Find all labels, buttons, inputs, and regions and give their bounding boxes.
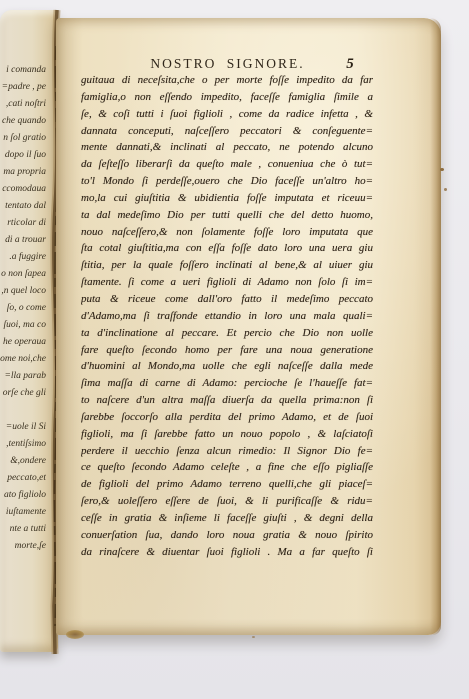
book-photo: i comandapadre , pe=cati noſtri,che quan… [0,0,469,699]
text-line: ſero,& uoleſſero eſſere de ſuoi, & li pu… [81,493,373,510]
text-line: ta d'inclinatione al peccare. Et percio … [81,325,373,342]
speck [440,168,444,171]
text-line: fare queſto ſecondo homo per fare una no… [81,342,373,359]
text-line: ſtamente. ſi come a ueri figlioli di Ada… [81,274,373,291]
text-line: d'Adamo,ma ſi traſfonde ettandio in loro… [81,308,373,325]
running-header: NOSTRO SIGNORE. [82,56,373,72]
speck [444,188,447,191]
text-line: ſe, & coſi tutti i ſuoi figlioli , come … [81,106,373,123]
text-line: figlioli, ma ſi ſarebbe fatto un nouo po… [81,426,373,443]
text-line: to'l Mondo ſi perdeſſe,ouero che Dio fac… [81,173,373,190]
stain [66,630,84,639]
text-line: de figlioli del primo Adamo terreno quel… [81,476,373,493]
speck [252,636,255,638]
text-line: mente dannati,& inclinati al peccato, ne… [81,139,373,156]
text-line: nouo naſceſſero,& non ſolamente foſſe lo… [81,224,373,241]
text-line: ta dal medeſimo Dio per tutti quelli che… [81,207,373,224]
text-line: ſta cotal giuſtitia,ma con eſſa foſſe da… [81,240,373,257]
text-line: puta & riceue come dall'oro fatto il med… [81,291,373,308]
text-line: da rinaſcere & diuentar ſuoi figlioli . … [81,544,373,561]
text-line: famiglia,o non eſſendo impedito, faceſſe… [81,89,373,106]
text-line: to naſcere d'un altra maſſa diuerſa da q… [81,392,373,409]
text-line: ceſſe in gratia & inſieme li faceſſe giu… [81,510,373,527]
text-line: ſima maſſa di carne di Adamo: percioche … [81,375,373,392]
page-fore-edge [430,18,441,635]
text-line: dannata conceputi, naſceſſero peccatori … [81,123,373,140]
text-line: ſarebbe ſoccorſo alla perdita del primo … [81,409,373,426]
text-block: guitaua di neceſsita,che o per morte foſ… [81,72,373,560]
text-line: d'huomini al Mondo,ma uolle che egli naſ… [81,358,373,375]
book-page: NOSTRO SIGNORE. 5 guitaua di neceſsita,c… [56,18,441,635]
text-line: da ſeſteſſo liberarſi da queſto male , c… [81,156,373,173]
text-line: ce queſto ſecondo Adamo celeſte , a fine… [81,459,373,476]
text-line: conuerſation ſua, dando loro noua gratia… [81,527,373,544]
page-number: 5 [340,56,360,73]
text-line: perdere il uecchio ſenza alcun rimedio: … [81,443,373,460]
text-line: mo,la cui giuſtitia & ubidientia foſſe i… [81,190,373,207]
text-line: ſtitia, per la quale foſſero inclinati a… [81,257,373,274]
text-line: guitaua di neceſsita,che o per morte foſ… [81,72,373,89]
